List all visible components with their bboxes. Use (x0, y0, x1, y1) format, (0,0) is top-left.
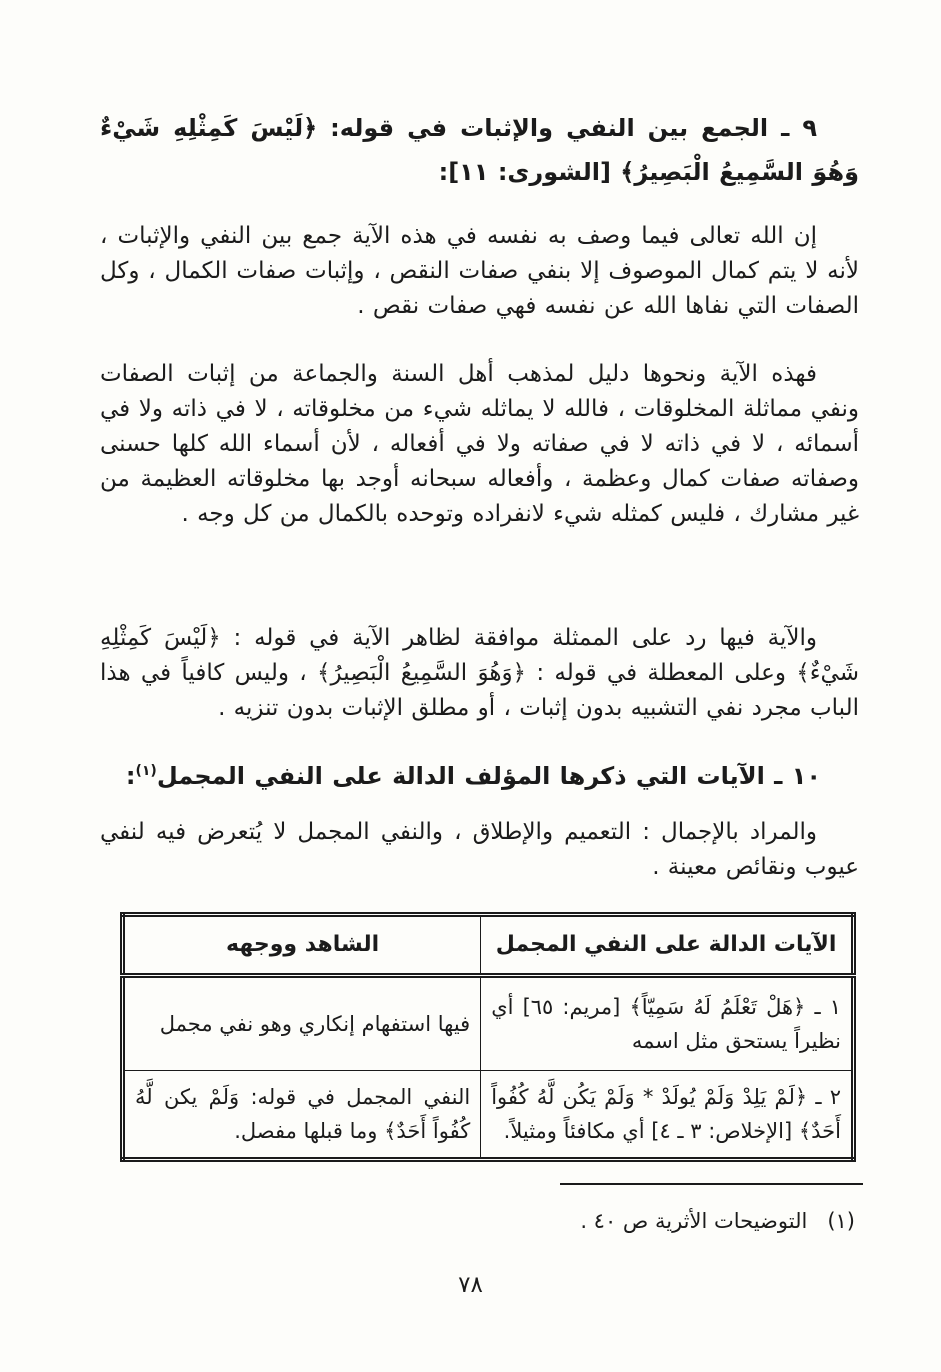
paragraph-2: فهذه الآية ونحوها دليل لمذهب أهل السنة و… (100, 357, 859, 532)
book-page: { "headings": { "section9": "٩ ـ الجمع ب… (0, 0, 941, 1372)
paragraph-4: والمراد بالإجمال : التعميم والإطلاق ، وا… (100, 815, 859, 885)
footnote-divider (560, 1183, 863, 1185)
verse-cell-1: ١ ـ ﴿هَلْ تَعْلَمُ لَهُ سَمِيّاً﴾ [مريم:… (481, 976, 854, 1071)
table-row: ١ ـ ﴿هَلْ تَعْلَمُ لَهُ سَمِيّاً﴾ [مريم:… (123, 976, 854, 1071)
table-header-witness: الشاهد ووجهه (123, 915, 481, 976)
table-header-verses: الآيات الدالة على النفي المجمل (481, 915, 854, 976)
footnote: (١) التوضيحات الأثرية ص ٤٠ . (100, 1205, 855, 1237)
page-number: ٧٨ (0, 1272, 941, 1298)
witness-cell-1: فيها استفهام إنكاري وهو نفي مجمل (123, 976, 481, 1071)
verses-table: الآيات الدالة على النفي المجمل الشاهد وو… (120, 912, 856, 1162)
section-heading-10-text: ١٠ ـ الآيات التي ذكرها المؤلف الدالة على… (157, 762, 821, 790)
table-row: ٢ ـ ﴿لَمْ يَلِدْ وَلَمْ يُولَدْ * وَلَمْ… (123, 1071, 854, 1160)
table-header-row: الآيات الدالة على النفي المجمل الشاهد وو… (123, 915, 854, 976)
footnote-marker-sup: (١) (135, 763, 156, 779)
paragraph-1: إن الله تعالى فيما وصف به نفسه في هذه ال… (100, 219, 859, 324)
witness-cell-2: النفي المجمل في قوله: وَلَمْ يكن لَّهُ ك… (123, 1071, 481, 1160)
footnote-marker: (١) (827, 1205, 855, 1237)
footnote-text: التوضيحات الأثرية ص ٤٠ . (580, 1205, 807, 1237)
paragraph-3: والآية فيها رد على الممثلة موافقة لظاهر … (100, 621, 859, 726)
section-heading-10: ١٠ ـ الآيات التي ذكرها المؤلف الدالة على… (100, 756, 859, 796)
verse-cell-2: ٢ ـ ﴿لَمْ يَلِدْ وَلَمْ يُولَدْ * وَلَمْ… (481, 1071, 854, 1160)
section-heading-9: ٩ ـ الجمع بين النفي والإثبات في قوله: ﴿ل… (100, 106, 859, 194)
